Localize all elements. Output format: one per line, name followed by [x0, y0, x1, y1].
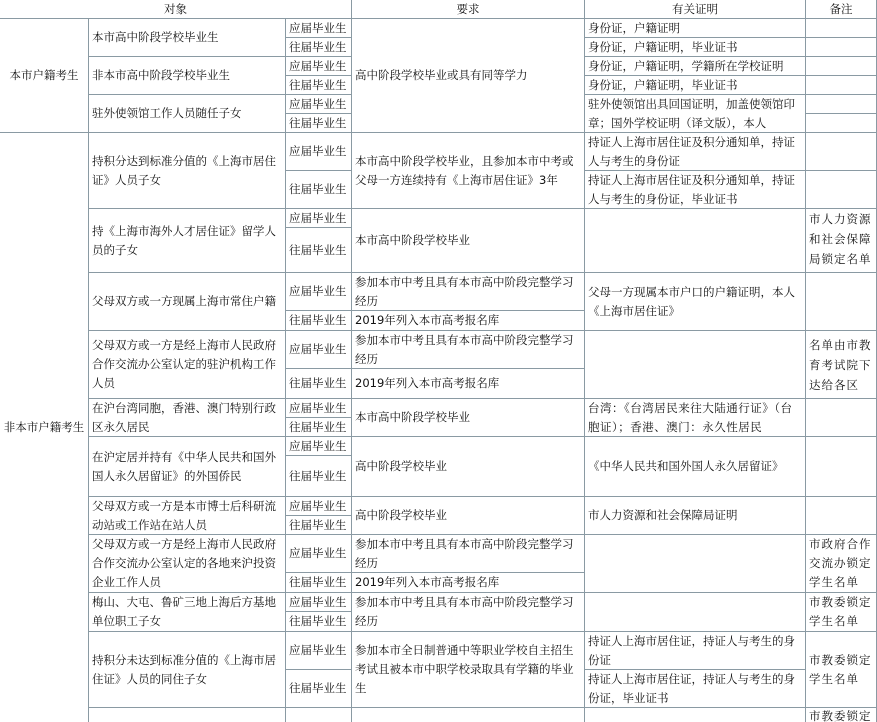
grad-type-current: 应届毕业生: [286, 399, 352, 418]
grad-type-previous: 往届毕业生: [286, 114, 352, 133]
certificate-cell: 持证人上海市居住证，持证人与考生的身份证，毕业证书: [585, 670, 806, 708]
certificate-cell: [585, 593, 806, 632]
grad-type-previous: 往届毕业生: [286, 573, 352, 593]
grad-type-current: 应届毕业生: [286, 535, 352, 573]
requirement-cell: 本市高中阶段学校毕业，且参加本市中考或父母一方连续持有《上海市居住证》3年: [352, 133, 585, 209]
grad-type-current: 应届毕业生: [286, 209, 352, 228]
grad-type-previous: 往届毕业生: [286, 38, 352, 57]
remark-cell: [806, 38, 877, 57]
object-cell: 持积分达到标准分值的《上海市居住证》人员子女: [89, 133, 286, 209]
admission-requirements-table: 对象 要求 有关证明 备注 本市户籍考生 本市高中阶段学校毕业生 非本市高中阶段…: [0, 0, 877, 722]
grad-type-current: 应届毕业生: [286, 133, 352, 171]
remark-cell: 名单由市教育考试院下达给各区: [806, 331, 877, 399]
grad-type-previous: 往届毕业生: [286, 171, 352, 209]
grad-type-current: 应届毕业生: [286, 57, 352, 76]
object-cell: [89, 708, 286, 722]
requirement-cell: [352, 708, 585, 722]
grad-type-previous: 往届毕业生: [286, 612, 352, 632]
certificate-cell: 身份证，户籍证明，学籍所在学校证明: [585, 57, 806, 76]
grad-type-current: 应届毕业生: [286, 95, 352, 114]
certificate-cell: [585, 331, 806, 399]
grad-type-previous: 往届毕业生: [286, 516, 352, 535]
remark-cell: [806, 171, 877, 209]
certificate-cell: 身份证，户籍证明: [585, 19, 806, 38]
certificate-cell: 《中华人民共和国外国人永久居留证》: [585, 437, 806, 497]
grad-type-current: 应届毕业生: [286, 273, 352, 311]
remark-cell: 市人力资源和社会保障局锁定名单: [806, 209, 877, 273]
grad-type-previous: 往届毕业生: [286, 76, 352, 95]
remark-cell: [806, 57, 877, 76]
remark-cell: [806, 95, 877, 114]
grad-type-previous: 往届毕业生: [286, 311, 352, 331]
grad-type-current: 应届毕业生: [286, 632, 352, 670]
grad-type-previous: 往届毕业生: [286, 228, 352, 273]
header-requirement: 要求: [352, 0, 585, 19]
remark-cell: 市教委锁定学生名单: [806, 632, 877, 708]
remark-cell: [806, 497, 877, 535]
certificate-cell: 身份证，户籍证明，毕业证书: [585, 38, 806, 57]
remark-cell: [806, 399, 877, 437]
header-remark: 备注: [806, 0, 877, 19]
object-cell: 非本市高中阶段学校毕业生: [89, 57, 286, 95]
requirement-cell: 参加本市全日制普通中等职业学校自主招生考试且被本市中职学校录取具有学籍的毕业生: [352, 632, 585, 708]
certificate-cell: 持证人上海市居住证及积分通知单，持证人与考生的身份证: [585, 133, 806, 171]
header-certificate: 有关证明: [585, 0, 806, 19]
remark-cell: [806, 437, 877, 497]
object-cell: 父母双方或一方是本市博士后科研流动站或工作站在站人员: [89, 497, 286, 535]
category-nonlocal: 非本市户籍考生: [0, 133, 89, 722]
grad-type-current: 应届毕业生: [286, 497, 352, 516]
grad-type-previous: 往届毕业生: [286, 418, 352, 437]
object-cell: 父母双方或一方是经上海市人民政府合作交流办公室认定的驻沪机构工作人员: [89, 331, 286, 399]
object-cell: 在沪定居并持有《中华人民共和国外国人永久居留证》的外国侨民: [89, 437, 286, 497]
object-cell: 持《上海市海外人才居住证》留学人员的子女: [89, 209, 286, 273]
requirement-cell: 2019年列入本市高考报名库: [352, 573, 585, 593]
object-cell: 驻外使领馆工作人员随任子女: [89, 95, 286, 133]
category-local: 本市户籍考生: [0, 19, 89, 133]
certificate-cell: 持证人上海市居住证及积分通知单，持证人与考生的身份证，毕业证书: [585, 171, 806, 209]
remark-cell: [806, 273, 877, 331]
certificate-cell: 驻外使领馆出具回国证明，加盖使领馆印章；国外学校证明（译文版），本人: [585, 95, 806, 133]
certificate-cell: 台湾：《台湾居民来往大陆通行证》（台胞证）；香港、澳门：永久性居民: [585, 399, 806, 437]
requirement-cell: 2019年列入本市高考报名库: [352, 311, 585, 331]
remark-cell: [806, 114, 877, 133]
object-cell: 持积分未达到标准分值的《上海市居住证》人员的同住子女: [89, 632, 286, 708]
requirement-cell: 参加本市中考且具有本市高中阶段完整学习经历: [352, 593, 585, 632]
certificate-cell: 持证人上海市居住证，持证人与考生的身份证: [585, 632, 806, 670]
grad-type-previous: 往届毕业生: [286, 456, 352, 497]
grad-type-cell: [286, 708, 352, 722]
requirement-cell: 参加本市中考且具有本市高中阶段完整学习经历: [352, 273, 585, 311]
header-object: 对象: [0, 0, 352, 19]
certificate-cell: [585, 535, 806, 593]
requirement-cell: 本市高中阶段学校毕业: [352, 209, 585, 273]
grad-type-current: 应届毕业生: [286, 19, 352, 38]
requirement-cell: 高中阶段学校毕业: [352, 497, 585, 535]
certificate-cell: 父母一方现属本市户口的户籍证明，本人《上海市居住证》: [585, 273, 806, 331]
grad-type-previous: 往届毕业生: [286, 670, 352, 708]
certificate-cell: 市人力资源和社会保障局证明: [585, 497, 806, 535]
grad-type-current: 应届毕业生: [286, 331, 352, 369]
requirement-cell: 本市高中阶段学校毕业: [352, 399, 585, 437]
requirement-cell: 高中阶段学校毕业: [352, 437, 585, 497]
grad-type-current: 应届毕业生: [286, 437, 352, 456]
remark-cell: 市教委锁定: [806, 708, 877, 722]
object-cell: 梅山、大屯、鲁矿三地上海后方基地单位职工子女: [89, 593, 286, 632]
remark-cell: 市政府合作交流办锁定学生名单: [806, 535, 877, 593]
object-cell: 父母双方或一方是经上海市人民政府合作交流办公室认定的各地来沪投资企业工作人员: [89, 535, 286, 593]
grad-type-current: 应届毕业生: [286, 593, 352, 612]
grad-type-previous: 往届毕业生: [286, 369, 352, 399]
certificate-cell: [585, 209, 806, 273]
requirement-cell: 高中阶段学校毕业或具有同等学力: [352, 19, 585, 133]
object-cell: 父母双方或一方现属上海市常住户籍: [89, 273, 286, 331]
object-cell: 在沪台湾同胞，香港、澳门特别行政区永久居民: [89, 399, 286, 437]
object-cell: 本市高中阶段学校毕业生: [89, 19, 286, 57]
requirement-cell: 参加本市中考且具有本市高中阶段完整学习经历: [352, 331, 585, 369]
remark-cell: [806, 76, 877, 95]
remark-cell: [806, 133, 877, 171]
certificate-cell: [585, 708, 806, 722]
requirement-cell: 参加本市中考且具有本市高中阶段完整学习经历: [352, 535, 585, 573]
remark-cell: [806, 19, 877, 38]
certificate-cell: 身份证，户籍证明，毕业证书: [585, 76, 806, 95]
requirement-cell: 2019年列入本市高考报名库: [352, 369, 585, 399]
remark-cell: 市教委锁定学生名单: [806, 593, 877, 632]
